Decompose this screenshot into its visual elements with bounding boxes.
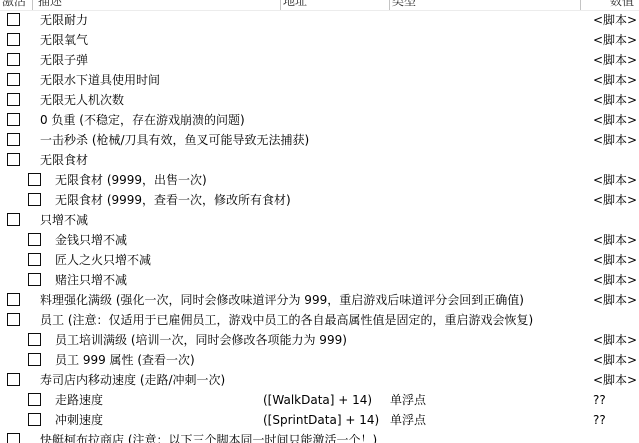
row-value: <脚本> (593, 290, 637, 310)
cheat-table-row[interactable]: 员工 999 属性 (查看一次)<脚本> (0, 350, 639, 370)
row-description: 无限子弹 (40, 50, 88, 70)
row-value: <脚本> (593, 70, 637, 90)
activate-checkbox[interactable] (7, 113, 20, 126)
activate-checkbox[interactable] (7, 13, 20, 26)
activate-checkbox[interactable] (28, 273, 41, 286)
row-value: <脚本> (593, 270, 637, 290)
activate-checkbox[interactable] (7, 313, 20, 326)
row-description: 无限水下道具使用时间 (40, 70, 160, 90)
cheat-table-row[interactable]: 员工培训满级 (培训一次，同时会修改各项能力为 999)<脚本> (0, 330, 639, 350)
row-value: <脚本> (593, 330, 637, 350)
row-description: 冲刺速度 (55, 410, 103, 430)
cheat-table-row[interactable]: 料理强化满级 (强化一次，同时会修改味道评分为 999，重启游戏后味道评分会回到… (0, 290, 639, 310)
row-value: <脚本> (593, 10, 637, 30)
activate-checkbox[interactable] (28, 253, 41, 266)
row-description: 无限无人机次数 (40, 90, 124, 110)
row-description: 赌注只增不减 (55, 270, 127, 290)
column-header-description[interactable]: 描述 (38, 0, 62, 7)
row-description: 员工培训满级 (培训一次，同时会修改各项能力为 999) (55, 330, 347, 350)
cheat-table-row[interactable]: 只增不减 (0, 210, 639, 230)
cheat-table-row[interactable]: 匠人之火只增不减<脚本> (0, 250, 639, 270)
column-separator[interactable] (389, 0, 390, 10)
row-type: 单浮点 (390, 390, 426, 410)
cheat-table-row[interactable]: 赌注只增不减<脚本> (0, 270, 639, 290)
cheat-table-row[interactable]: 快艇柯布拉商店 (注意：以下三个脚本同一时间只能激活一个！) (0, 430, 639, 443)
row-description: 只增不减 (40, 210, 88, 230)
row-description: 无限食材 (9999，查看一次，修改所有食材) (55, 190, 291, 210)
row-value: <脚本> (593, 30, 637, 50)
column-separator[interactable] (32, 0, 33, 10)
row-description: 员工 999 属性 (查看一次) (55, 350, 195, 370)
column-separator[interactable] (280, 0, 281, 10)
cheat-table-row[interactable]: 无限无人机次数<脚本> (0, 90, 639, 110)
row-description: 员工 (注意：仅适用于已雇佣员工，游戏中员工的各自最高属性值是固定的，重启游戏会… (40, 310, 533, 330)
row-address: ([WalkData] + 14) (263, 390, 372, 410)
cheat-table-row[interactable]: 0 负重 (不稳定，存在游戏崩溃的问题)<脚本> (0, 110, 639, 130)
column-header-address[interactable]: 地址 (283, 0, 307, 7)
cheat-table-row[interactable]: 无限食材 (9999，出售一次)<脚本> (0, 170, 639, 190)
row-value: ?? (593, 390, 606, 410)
activate-checkbox[interactable] (28, 353, 41, 366)
cheat-table-row[interactable]: 无限子弹<脚本> (0, 50, 639, 70)
activate-checkbox[interactable] (28, 193, 41, 206)
row-value: <脚本> (593, 50, 637, 70)
cheat-table-window: 激活 描述 地址 类型 数值 无限耐力<脚本>无限氧气<脚本>无限子弹<脚本>无… (0, 0, 639, 443)
row-value: <脚本> (593, 230, 637, 250)
column-header-active[interactable]: 激活 (2, 0, 26, 7)
row-value: <脚本> (593, 250, 637, 270)
activate-checkbox[interactable] (28, 413, 41, 426)
cheat-table-row[interactable]: 寿司店内移动速度 (走路/冲刺一次)<脚本> (0, 370, 639, 390)
row-type: 单浮点 (390, 410, 426, 430)
row-description: 匠人之火只增不减 (55, 250, 151, 270)
cheat-table-row[interactable]: 金钱只增不减<脚本> (0, 230, 639, 250)
row-description: 快艇柯布拉商店 (注意：以下三个脚本同一时间只能激活一个！) (40, 430, 377, 443)
cheat-table-row[interactable]: 无限氧气<脚本> (0, 30, 639, 50)
cheat-table-row[interactable]: 员工 (注意：仅适用于已雇佣员工，游戏中员工的各自最高属性值是固定的，重启游戏会… (0, 310, 639, 330)
activate-checkbox[interactable] (7, 293, 20, 306)
activate-checkbox[interactable] (7, 373, 20, 386)
cheat-table-row[interactable]: 无限耐力<脚本> (0, 10, 639, 30)
activate-checkbox[interactable] (7, 133, 20, 146)
row-description: 一击秒杀 (枪械/刀具有效，鱼叉可能导致无法捕获) (40, 130, 309, 150)
row-value: <脚本> (593, 190, 637, 210)
activate-checkbox[interactable] (7, 93, 20, 106)
row-value: <脚本> (593, 130, 637, 150)
activate-checkbox[interactable] (7, 73, 20, 86)
activate-checkbox[interactable] (7, 33, 20, 46)
column-separator[interactable] (580, 0, 581, 10)
row-description: 料理强化满级 (强化一次，同时会修改味道评分为 999，重启游戏后味道评分会回到… (40, 290, 524, 310)
row-description: 金钱只增不减 (55, 230, 127, 250)
row-description: 无限食材 (9999，出售一次) (55, 170, 207, 190)
cheat-table-row[interactable]: 一击秒杀 (枪械/刀具有效，鱼叉可能导致无法捕获)<脚本> (0, 130, 639, 150)
row-description: 无限耐力 (40, 10, 88, 30)
activate-checkbox[interactable] (7, 53, 20, 66)
activate-checkbox[interactable] (28, 333, 41, 346)
row-address: ([SprintData] + 14) (263, 410, 379, 430)
cheat-table-row[interactable]: 无限食材 (9999，查看一次，修改所有食材)<脚本> (0, 190, 639, 210)
cheat-table-row[interactable]: 无限水下道具使用时间<脚本> (0, 70, 639, 90)
row-value: <脚本> (593, 110, 637, 130)
activate-checkbox[interactable] (7, 433, 20, 443)
activate-checkbox[interactable] (28, 233, 41, 246)
row-value: <脚本> (593, 370, 637, 390)
row-value: <脚本> (593, 350, 637, 370)
row-description: 无限氧气 (40, 30, 88, 50)
row-value: <脚本> (593, 170, 637, 190)
cheat-table-row[interactable]: 冲刺速度([SprintData] + 14)单浮点?? (0, 410, 639, 430)
column-header-value[interactable]: 数值 (610, 0, 634, 7)
activate-checkbox[interactable] (7, 213, 20, 226)
row-value: ?? (593, 410, 606, 430)
activate-checkbox[interactable] (28, 393, 41, 406)
activate-checkbox[interactable] (28, 173, 41, 186)
row-description: 走路速度 (55, 390, 103, 410)
row-description: 无限食材 (40, 150, 88, 170)
row-description: 寿司店内移动速度 (走路/冲刺一次) (40, 370, 225, 390)
cheat-table-row[interactable]: 无限食材 (0, 150, 639, 170)
activate-checkbox[interactable] (7, 153, 20, 166)
row-description: 0 负重 (不稳定，存在游戏崩溃的问题) (40, 110, 245, 130)
row-value: <脚本> (593, 90, 637, 110)
column-header-type[interactable]: 类型 (392, 0, 416, 7)
cheat-table-row[interactable]: 走路速度([WalkData] + 14)单浮点?? (0, 390, 639, 410)
